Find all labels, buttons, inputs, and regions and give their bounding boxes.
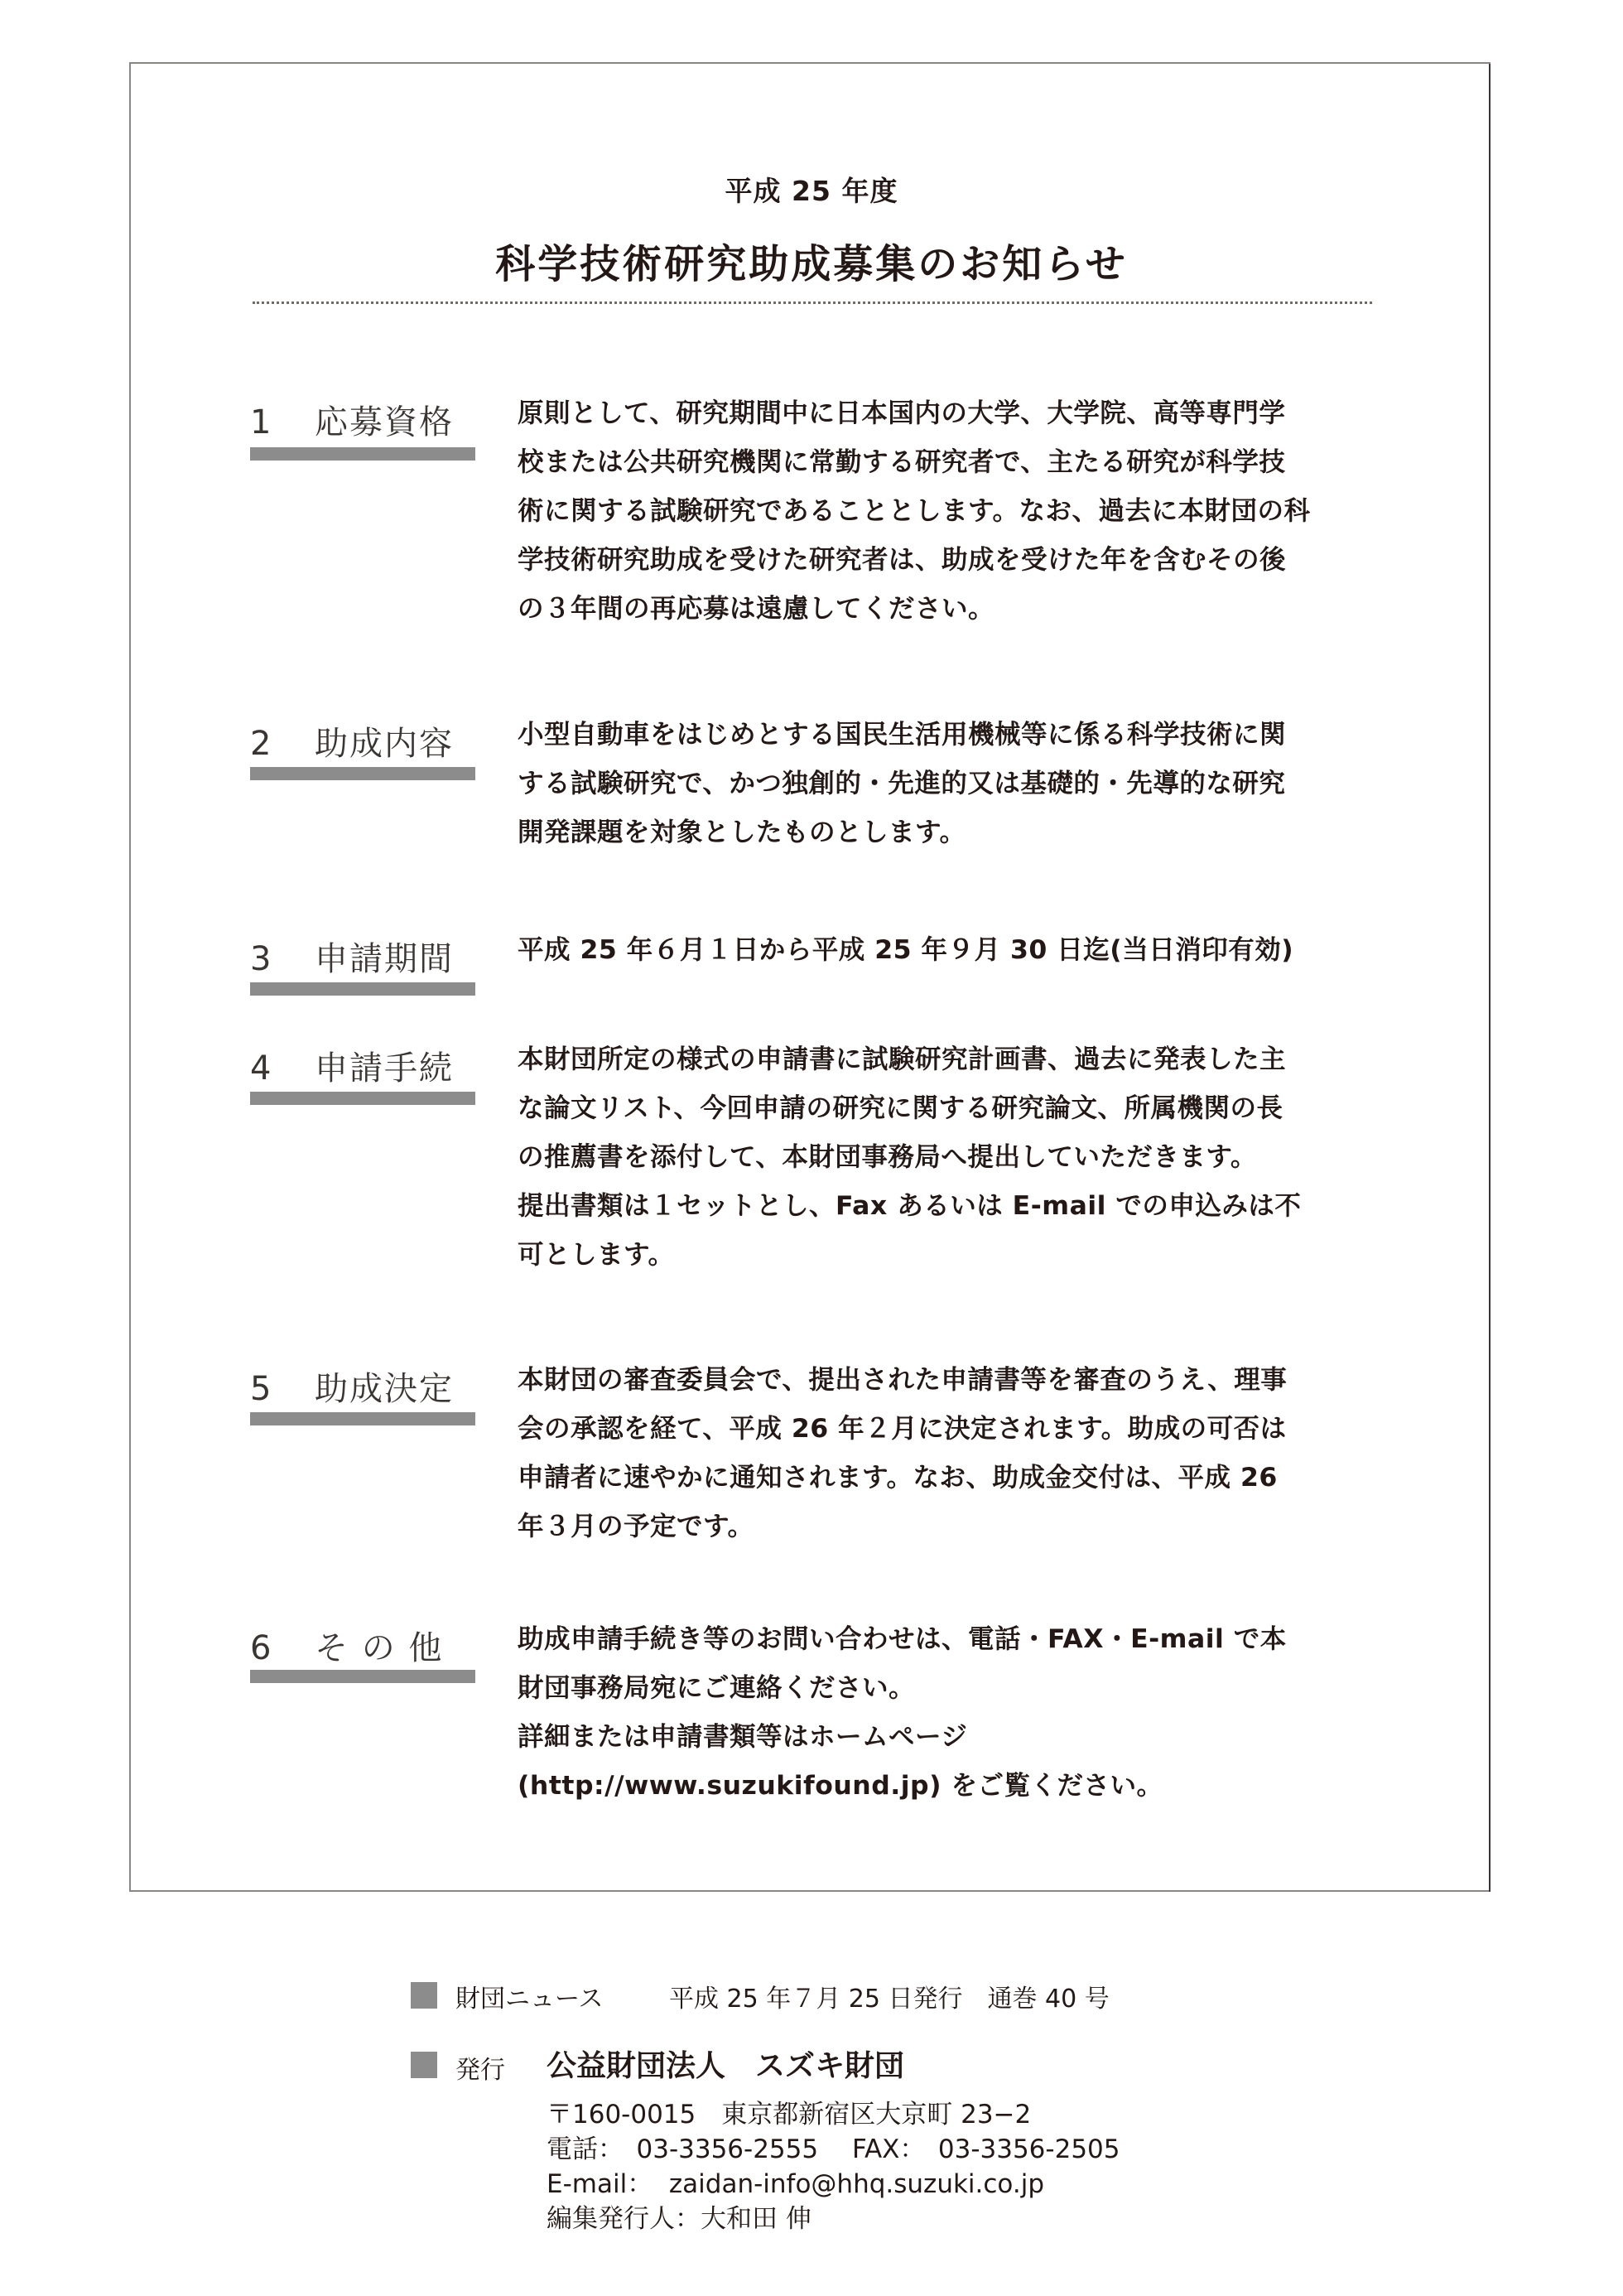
- fiscal-year-heading: 平成 25 年度: [0, 170, 1623, 209]
- email-line: E-mail： zaidan-info@hhq.suzuki.co.jp: [547, 2167, 1120, 2202]
- section-heading: 6そ の 他: [250, 1622, 475, 1669]
- section-title: 申請期間: [315, 940, 454, 978]
- phone-fax-line: 電話： 03-3356-2555 FAX： 03-3356-2505: [547, 2132, 1120, 2167]
- section-underline-bar: [250, 767, 475, 780]
- section-body: 本財団所定の様式の申請書に試験研究計画書、過去に発表した主 な論文リスト、今回申…: [518, 1035, 1383, 1280]
- body-line: 年３月の予定です。: [518, 1503, 1383, 1551]
- body-line: な論文リスト、今回申請の研究に関する研究論文、所属機関の長: [518, 1084, 1383, 1133]
- section-number: 4: [250, 1049, 315, 1088]
- section-number: 1: [250, 403, 315, 441]
- frame-shadow-edge: [1489, 64, 1491, 1892]
- body-line: 平成 25 年６月１日から平成 25 年９月 30 日迄(当日消印有効): [518, 926, 1383, 975]
- section-underline-bar: [250, 982, 475, 996]
- body-line: する試験研究で、かつ独創的・先進的又は基礎的・先導的な研究: [518, 760, 1383, 808]
- section-underline-bar: [250, 1670, 475, 1683]
- section-heading: 4申請手続: [250, 1042, 475, 1089]
- section-title: 申請手続: [315, 1049, 454, 1088]
- body-line: 本財団の審査委員会で、提出された申請書等を審査のうえ、理事: [518, 1356, 1383, 1405]
- square-bullet-icon: [411, 1982, 437, 2009]
- body-line: 小型自動車をはじめとする国民生活用機械等に係る科学技術に関: [518, 711, 1383, 760]
- body-line: (http://www.suzukifound.jp) をご覧ください。: [518, 1762, 1383, 1811]
- section-body: 本財団の審査委員会で、提出された申請書等を審査のうえ、理事 会の承認を経て、平成…: [518, 1356, 1383, 1551]
- body-line: 申請者に速やかに通知されます。なお、助成金交付は、平成 26: [518, 1454, 1383, 1503]
- section-body: 助成申請手続き等のお問い合わせは、電話・FAX・E-mail で本 財団事務局宛…: [518, 1615, 1383, 1811]
- newsletter-label: 財団ニュース: [455, 1978, 604, 2014]
- title-divider: [253, 301, 1372, 304]
- body-line: 可とします。: [518, 1231, 1383, 1280]
- section-number: 6: [250, 1629, 315, 1667]
- section-body: 平成 25 年６月１日から平成 25 年９月 30 日迄(当日消印有効): [518, 926, 1383, 975]
- body-line: 原則として、研究期間中に日本国内の大学、大学院、高等専門学: [518, 389, 1383, 438]
- section-heading: 1応募資格: [250, 396, 475, 443]
- publisher-name: 公益財団法人 スズキ財団: [547, 2043, 904, 2085]
- body-line: の３年間の再応募は遠慮してください。: [518, 585, 1383, 634]
- section-number: 2: [250, 725, 315, 763]
- contact-address: 〒160-0015 東京都新宿区大京町 23−2 電話： 03-3356-255…: [547, 2097, 1120, 2236]
- section-number: 5: [250, 1370, 315, 1408]
- body-line: 校または公共研究機関に常勤する研究者で、主たる研究が科学技: [518, 438, 1383, 487]
- section-underline-bar: [250, 1412, 475, 1425]
- address-line: 〒160-0015 東京都新宿区大京町 23−2: [547, 2097, 1120, 2132]
- body-line: の推薦書を添付して、本財団事務局へ提出していただきます。: [518, 1133, 1383, 1182]
- section-underline-bar: [250, 447, 475, 461]
- square-bullet-icon: [411, 2052, 437, 2078]
- body-line: 学技術研究助成を受けた研究者は、助成を受けた年を含むその後: [518, 536, 1383, 585]
- body-line: 詳細または申請書類等はホームページ: [518, 1713, 1383, 1762]
- publisher-label: 発行: [455, 2049, 505, 2086]
- section-heading: 3申請期間: [250, 933, 475, 980]
- body-line: 提出書類は１セットとし、Fax あるいは E-mail での申込みは不: [518, 1182, 1383, 1231]
- body-line: 術に関する試験研究であることとします。なお、過去に本財団の科: [518, 487, 1383, 536]
- body-line: 開発課題を対象としたものとします。: [518, 808, 1383, 857]
- page-title: 科学技術研究助成募集のお知らせ: [0, 232, 1623, 289]
- section-body: 原則として、研究期間中に日本国内の大学、大学院、高等専門学 校または公共研究機関…: [518, 389, 1383, 634]
- body-line: 会の承認を経て、平成 26 年２月に決定されます。助成の可否は: [518, 1405, 1383, 1454]
- section-title: 助成決定: [315, 1370, 454, 1408]
- section-number: 3: [250, 940, 315, 978]
- section-title: 助成内容: [315, 725, 454, 763]
- section-title: 応募資格: [315, 403, 454, 441]
- section-heading: 5助成決定: [250, 1363, 475, 1410]
- section-underline-bar: [250, 1092, 475, 1105]
- body-line: 助成申請手続き等のお問い合わせは、電話・FAX・E-mail で本: [518, 1615, 1383, 1664]
- issue-info: 平成 25 年７月 25 日発行 通巻 40 号: [669, 1978, 1110, 2014]
- body-line: 本財団所定の様式の申請書に試験研究計画書、過去に発表した主: [518, 1035, 1383, 1084]
- section-title: そ の 他: [315, 1629, 443, 1667]
- section-body: 小型自動車をはじめとする国民生活用機械等に係る科学技術に関 する試験研究で、かつ…: [518, 711, 1383, 857]
- editor-line: 編集発行人：大和田 伸: [547, 2202, 1120, 2236]
- body-line: 財団事務局宛にご連絡ください。: [518, 1664, 1383, 1713]
- section-heading: 2助成内容: [250, 717, 475, 765]
